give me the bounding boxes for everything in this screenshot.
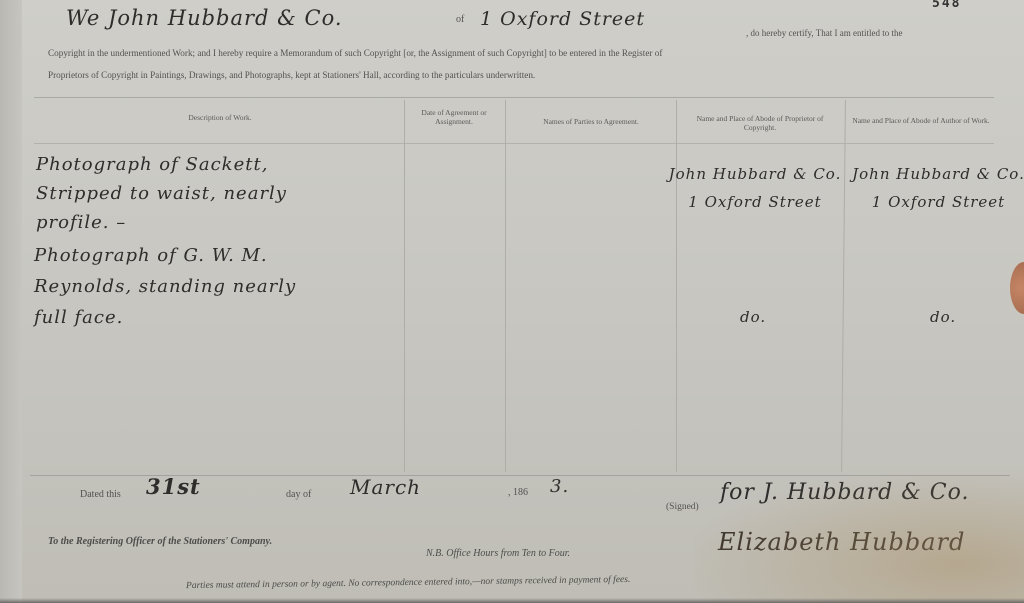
registration-form-page: 548 We John Hubbard & Co. of 1 Oxford St… — [0, 0, 1024, 603]
proprietor-address: 1 Oxford Street — [660, 188, 850, 216]
table-top-rule — [34, 97, 994, 98]
of-label: of — [456, 14, 464, 25]
description-line: Stripped to waist, nearly — [36, 179, 287, 208]
column-header-parties: Names of Parties to Agreement. — [507, 117, 675, 126]
table-header-rule — [34, 143, 994, 144]
work-description-2: Photograph of G. W. M. Reynolds, standin… — [34, 240, 296, 333]
column-divider — [676, 100, 677, 472]
header-line-3: Proprietors of Copyright in Paintings, D… — [48, 70, 535, 80]
proprietor-entry-1: John Hubbard & Co. 1 Oxford Street — [660, 160, 850, 216]
page-edge — [0, 0, 22, 603]
year-handwritten: 3. — [550, 476, 569, 497]
description-line: Photograph of Sackett, — [36, 150, 287, 179]
year-prefix: , 186 — [508, 487, 528, 498]
paper-stain — [694, 473, 1024, 603]
month-handwritten: March — [350, 475, 421, 499]
author-ditto: do. — [930, 308, 956, 326]
column-divider — [841, 100, 846, 472]
register-number: 548 — [932, 0, 961, 11]
column-divider — [404, 100, 405, 472]
day-of-label: day of — [286, 489, 311, 500]
column-header-author: Name and Place of Abode of Author of Wor… — [846, 116, 996, 125]
column-header-description: Description of Work. — [40, 113, 400, 122]
author-address: 1 Oxford Street — [846, 188, 1024, 216]
proprietor-name-handwritten: We John Hubbard & Co. — [66, 6, 343, 30]
description-line: Reynolds, standing nearly — [34, 271, 296, 302]
column-divider — [505, 100, 506, 472]
certify-text: , do hereby certify, That I am entitled … — [746, 28, 902, 38]
description-line: full face. — [34, 302, 296, 333]
proprietor-name: John Hubbard & Co. — [660, 160, 850, 188]
description-line: Photograph of G. W. M. — [34, 240, 296, 271]
description-line: profile. – — [36, 208, 287, 237]
work-description-1: Photograph of Sackett, Stripped to waist… — [36, 150, 287, 237]
author-entry-1: John Hubbard & Co. 1 Oxford Street — [846, 160, 1024, 216]
column-header-date-of-agreement: Date of Agreement or Assignment. — [406, 108, 502, 126]
addressee-line: To the Registering Officer of the Statio… — [48, 536, 272, 547]
header-line-2: Copyright in the undermentioned Work; an… — [48, 48, 662, 58]
page-bottom-shadow — [0, 598, 1024, 603]
column-header-proprietor: Name and Place of Abode of Proprietor of… — [680, 114, 840, 132]
dated-label: Dated this — [80, 489, 121, 500]
address-handwritten: 1 Oxford Street — [480, 8, 645, 30]
attendance-notice: Parties must attend in person or by agen… — [186, 575, 630, 591]
thumb-holding-page — [1010, 262, 1024, 314]
author-name: John Hubbard & Co. — [846, 160, 1024, 188]
day-handwritten: 31st — [146, 474, 201, 499]
proprietor-ditto: do. — [740, 308, 766, 326]
office-hours-note: N.B. Office Hours from Ten to Four. — [426, 548, 570, 559]
